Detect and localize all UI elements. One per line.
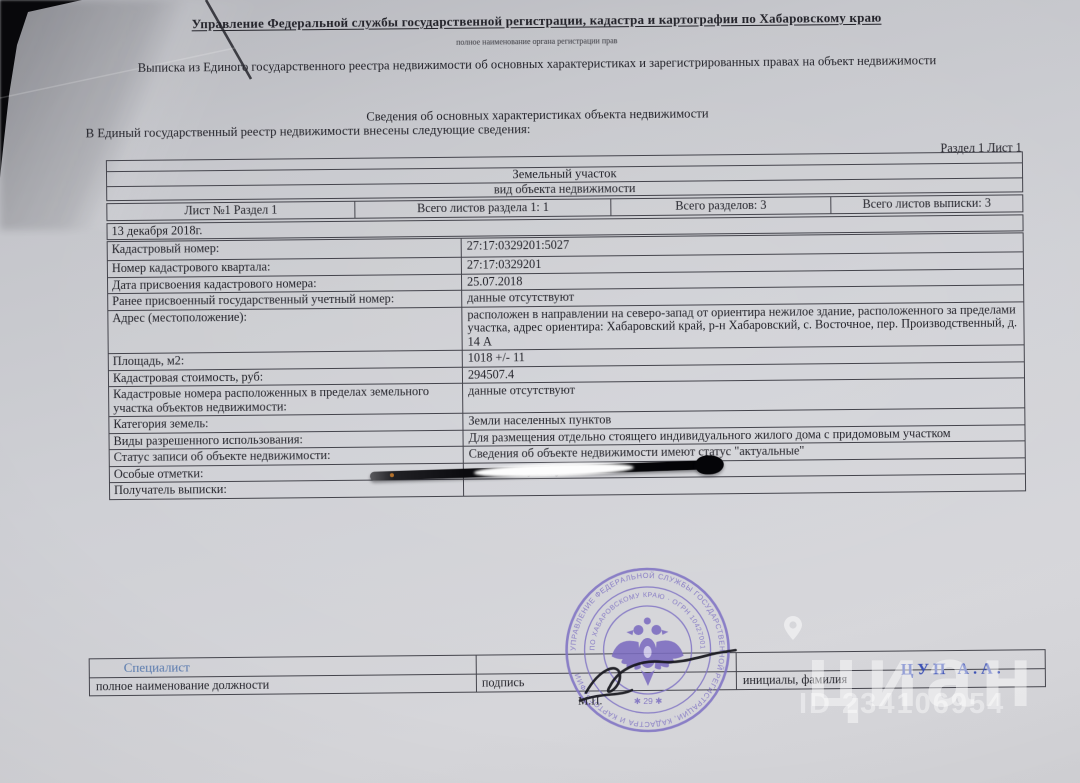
row-label: Адрес (местоположение): <box>108 307 462 353</box>
photo-background: Управление Федеральной службы государств… <box>0 0 1080 783</box>
pen-tip <box>695 455 724 475</box>
object-type-box: Земельный участок вид объекта недвижимос… <box>106 151 1023 201</box>
sheet-info-cell: Всего листов выписки: 3 <box>830 196 1022 213</box>
seal-mark-label: М.П. <box>578 695 602 707</box>
document-title: Выписка из Единого государственного реес… <box>63 52 1011 76</box>
row-label: Кадастровый номер: <box>108 239 462 260</box>
header-authority-caption: полное наименование органа регистрации п… <box>237 34 837 49</box>
object-table: Земельный участок вид объекта недвижимос… <box>106 151 1026 500</box>
row-value: данные отсутствуют <box>463 379 1024 413</box>
position-caption: полное наименование должности <box>90 675 476 696</box>
sheet-info-cell: Всего разделов: 3 <box>611 197 831 215</box>
watermark-pin-icon <box>784 616 802 640</box>
pen-glare <box>474 461 634 479</box>
intro-text: В Единый государственный реестр недвижим… <box>86 122 531 141</box>
specialist-label: Специалист <box>90 656 476 678</box>
row-label: Кадастровые номера расположенных в преде… <box>109 384 463 416</box>
sheet-info-cell: Всего листов раздела 1: 1 <box>354 200 610 218</box>
header-authority: Управление Федеральной службы государств… <box>136 9 936 33</box>
paper-sheet: Управление Федеральной службы государств… <box>0 0 1080 783</box>
row-value: расположен в направлении на северо-запад… <box>462 302 1023 350</box>
sheet-info-cell: Лист №1 Раздел 1 <box>107 202 354 220</box>
section-title: Сведения об основных характеристиках объ… <box>187 105 887 127</box>
name-stamp: ЦУП А.А. <box>901 661 1005 680</box>
